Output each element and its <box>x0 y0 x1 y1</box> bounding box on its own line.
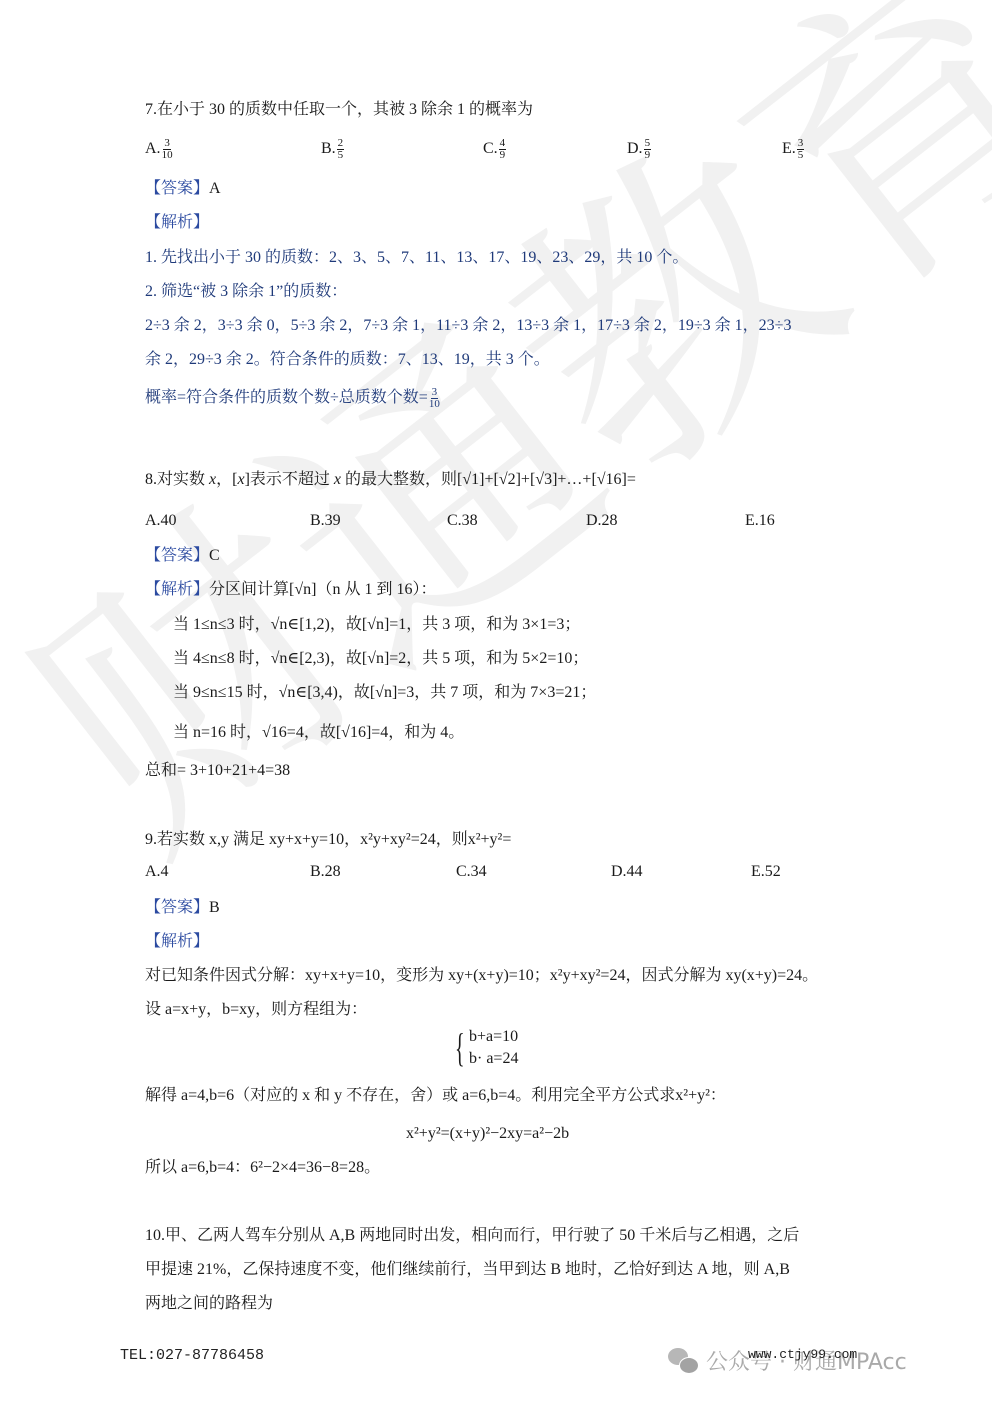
document-page: 财通教育 7.在小于 30 的质数中任取一个，其被 3 除余 1 的概率为 A.… <box>0 0 992 1403</box>
q9-equation-system: { b+a=10 b· a=24 <box>455 1026 518 1070</box>
q7-option-d: D.59 <box>627 138 651 161</box>
q8-option-b: B.39 <box>310 512 341 530</box>
wechat-icon <box>668 1348 698 1374</box>
q9-line-1: 对已知条件因式分解：xy+x+y=10，变形为 xy+(x+y)=10；x²y+… <box>145 965 818 987</box>
q8-option-d: D.28 <box>586 512 618 530</box>
footer-tel: TEL:027-87786458 <box>120 1347 264 1364</box>
q8-stem: 8.对实数 x，[x]表示不超过 x 的最大整数，则[√1]+[√2]+[√3]… <box>145 469 636 491</box>
q8-options: A.40 B.39 C.38 D.28 E.16 <box>145 512 845 542</box>
q8-case-4: 当 n=16 时，√16=4，故[√16]=4，和为 4。 <box>173 722 464 744</box>
q9-line-2: 设 a=x+y，b=xy，则方程组为： <box>145 999 367 1021</box>
q10-line-1: 10.甲、乙两人驾车分别从 A,B 两地同时出发，相向而行，甲行驶了 50 千米… <box>145 1225 799 1247</box>
q7-stem: 7.在小于 30 的质数中任取一个，其被 3 除余 1 的概率为 <box>145 99 533 121</box>
q8-option-c: C.38 <box>447 512 478 530</box>
q9-option-c: C.34 <box>456 863 487 881</box>
q7-option-e: E.35 <box>782 138 804 161</box>
q8-answer: 【答案】C <box>145 545 220 567</box>
q10-line-2: 甲提速 21%，乙保持速度不变，他们继续前行，当甲到达 B 地时，乙恰好到达 A… <box>145 1259 790 1281</box>
q9-line-4: 所以 a=6,b=4：6²−2×4=36−8=28。 <box>145 1157 380 1179</box>
system-row-1: b+a=10 <box>469 1026 518 1048</box>
q9-options: A.4 B.28 C.34 D.44 E.52 <box>145 863 845 893</box>
q7-analysis-tag: 【解析】 <box>145 212 209 234</box>
q8-total: 总和= 3+10+21+4=38 <box>145 760 290 782</box>
q9-option-a: A.4 <box>145 863 169 881</box>
q9-line-3: 解得 a=4,b=6（对应的 x 和 y 不存在，舍）或 a=6,b=4。利用完… <box>145 1085 726 1107</box>
q7-step-4: 余 2，29÷3 余 2。符合条件的质数：7、13、19，共 3 个。 <box>145 349 550 371</box>
q9-option-e: E.52 <box>751 863 781 881</box>
q8-analysis: 【解析】分区间计算[√n]（n 从 1 到 16）： <box>145 579 436 601</box>
q7-probability: 概率=符合条件的质数个数÷总质数个数=310 <box>145 387 440 410</box>
q9-analysis-tag: 【解析】 <box>145 931 209 953</box>
q7-step-3: 2÷3 余 2，3÷3 余 0，5÷3 余 2，7÷3 余 1，11÷3 余 2… <box>145 315 791 337</box>
q7-answer: 【答案】A <box>145 178 221 200</box>
q9-option-d: D.44 <box>611 863 643 881</box>
system-row-2: b· a=24 <box>469 1048 518 1070</box>
q7-option-c: C.49 <box>483 138 506 161</box>
q8-option-a: A.40 <box>145 512 177 530</box>
q9-answer: 【答案】B <box>145 897 220 919</box>
q8-case-2: 当 4≤n≤8 时，√n∈[2,3)，故[√n]=2，共 5 项，和为 5×2=… <box>173 648 588 670</box>
q8-case-3: 当 9≤n≤15 时，√n∈[3,4)，故[√n]=3，共 7 项，和为 7×3… <box>173 682 596 704</box>
q10-line-3: 两地之间的路程为 <box>145 1293 273 1315</box>
q7-step-1: 1. 先找出小于 30 的质数：2、3、5、7、11、13、17、19、23、2… <box>145 247 688 269</box>
q9-formula: x²+y²=(x+y)²−2xy=a²−2b <box>406 1123 569 1145</box>
q9-stem: 9.若实数 x,y 满足 xy+x+y=10，x²y+xy²=24，则x²+y²… <box>145 829 511 851</box>
brace-symbol: { <box>455 1028 465 1068</box>
q7-step-2: 2. 筛选“被 3 除余 1”的质数： <box>145 281 347 303</box>
q8-option-e: E.16 <box>745 512 775 530</box>
q8-case-1: 当 1≤n≤3 时，√n∈[1,2)，故[√n]=1，共 3 项，和为 3×1=… <box>173 614 580 636</box>
q7-option-a: A.310 <box>145 138 173 161</box>
q7-options: A.310 B.25 C.49 D.59 E.35 <box>145 138 845 168</box>
q7-option-b: B.25 <box>321 138 344 161</box>
footer-url[interactable]: www.ctjy99.com <box>748 1347 857 1362</box>
q9-option-b: B.28 <box>310 863 341 881</box>
